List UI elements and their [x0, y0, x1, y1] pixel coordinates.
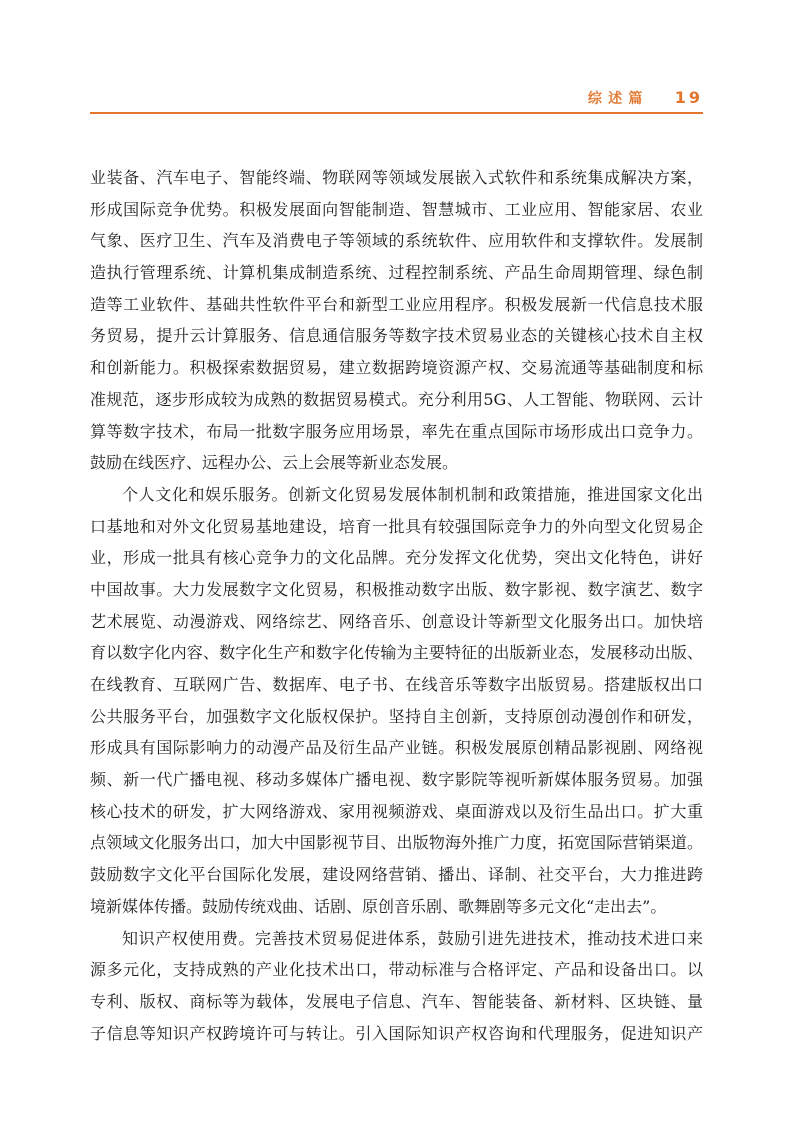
text-line: 业装备、汽车电子、智能终端、物联网等领域发展嵌入式软件和系统集成解决方案， — [90, 162, 703, 194]
page-header: 综述篇 19 — [90, 88, 703, 108]
text-line: 造执行管理系统、计算机集成制造系统、过程控制系统、产品生命周期管理、绿色制 — [90, 257, 703, 289]
page-number: 19 — [675, 88, 703, 107]
text-line: 业，形成一批具有核心竞争力的文化品牌。充分发挥文化优势，突出文化特色，讲好 — [90, 542, 703, 574]
body-text: 业装备、汽车电子、智能终端、物联网等领域发展嵌入式软件和系统集成解决方案，形成国… — [90, 162, 703, 1049]
text-line: 准规范，逐步形成较为成熟的数据贸易模式。充分利用5G、人工智能、物联网、云计 — [90, 384, 703, 416]
text-line: 公共服务平台，加强数字文化版权保护。坚持自主创新，支持原创动漫创作和研发， — [90, 701, 703, 733]
text-line: 务贸易，提升云计算服务、信息通信服务等数字技术贸易业态的关键核心技术自主权 — [90, 320, 703, 352]
text-line: 点领域文化服务出口，加大中国影视节目、出版物海外推广力度，拓宽国际营销渠道。 — [90, 827, 703, 859]
text-line: 算等数字技术，布局一批数字服务应用场景，率先在重点国际市场形成出口竞争力。 — [90, 416, 703, 448]
text-line: 形成国际竞争优势。积极发展面向智能制造、智慧城市、工业应用、智能家居、农业 — [90, 194, 703, 226]
paragraph: 业装备、汽车电子、智能终端、物联网等领域发展嵌入式软件和系统集成解决方案，形成国… — [90, 162, 703, 479]
text-line: 育以数字化内容、数字化生产和数字化传输为主要特征的出版新业态，发展移动出版、 — [90, 637, 703, 669]
text-line: 和创新能力。积极探索数据贸易，建立数据跨境资源产权、交易流通等基础制度和标 — [90, 352, 703, 384]
section-title: 综述篇 — [588, 88, 649, 108]
text-line: 源多元化，支持成熟的产业化技术出口，带动标准与合格评定、产品和设备出口。以 — [90, 954, 703, 986]
text-line: 艺术展览、动漫游戏、网络综艺、网络音乐、创意设计等新型文化服务出口。加快培 — [90, 606, 703, 638]
text-line: 口基地和对外文化贸易基地建设，培育一批具有较强国际竞争力的外向型文化贸易企 — [90, 511, 703, 543]
text-line: 知识产权使用费。完善技术贸易促进体系，鼓励引进先进技术，推动技术进口来 — [90, 923, 703, 955]
paragraph: 个人文化和娱乐服务。创新文化贸易发展体制机制和政策措施，推进国家文化出口基地和对… — [90, 479, 703, 923]
text-line: 造等工业软件、基础共性软件平台和新型工业应用程序。积极发展新一代信息技术服 — [90, 289, 703, 321]
text-line: 专利、版权、商标等为载体，发展电子信息、汽车、智能装备、新材料、区块链、量 — [90, 986, 703, 1018]
text-line: 中国故事。大力发展数字文化贸易，积极推动数字出版、数字影视、数字演艺、数字 — [90, 574, 703, 606]
text-line: 子信息等知识产权跨境许可与转让。引入国际知识产权咨询和代理服务，促进知识产 — [90, 1018, 703, 1050]
header-rule — [90, 112, 703, 114]
text-line: 鼓励在线医疗、远程办公、云上会展等新业态发展。 — [90, 447, 703, 479]
document-page: 综述篇 19 业装备、汽车电子、智能终端、物联网等领域发展嵌入式软件和系统集成解… — [0, 0, 793, 1122]
text-line: 鼓励数字文化平台国际化发展，建设网络营销、播出、译制、社交平台，大力推进跨 — [90, 859, 703, 891]
text-line: 形成具有国际影响力的动漫产品及衍生品产业链。积极发展原创精品影视剧、网络视 — [90, 732, 703, 764]
text-line: 频、新一代广播电视、移动多媒体广播电视、数字影院等视听新媒体服务贸易。加强 — [90, 764, 703, 796]
text-line: 个人文化和娱乐服务。创新文化贸易发展体制机制和政策措施，推进国家文化出 — [90, 479, 703, 511]
paragraph: 知识产权使用费。完善技术贸易促进体系，鼓励引进先进技术，推动技术进口来源多元化，… — [90, 923, 703, 1050]
text-line: 境新媒体传播。鼓励传统戏曲、话剧、原创音乐剧、歌舞剧等多元文化“走出去”。 — [90, 891, 703, 923]
text-line: 核心技术的研发，扩大网络游戏、家用视频游戏、桌面游戏以及衍生品出口。扩大重 — [90, 796, 703, 828]
text-line: 在线教育、互联网广告、数据库、电子书、在线音乐等数字出版贸易。搭建版权出口 — [90, 669, 703, 701]
text-line: 气象、医疗卫生、汽车及消费电子等领域的系统软件、应用软件和支撑软件。发展制 — [90, 225, 703, 257]
